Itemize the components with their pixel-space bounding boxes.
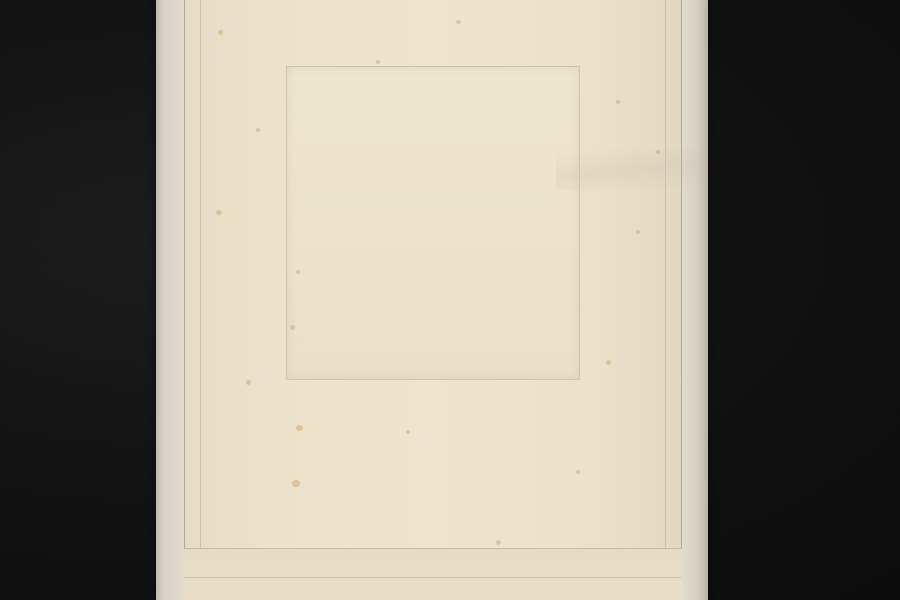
- mounting-line-right: [665, 0, 666, 548]
- foxing-spot: [656, 150, 660, 154]
- foxing-spot: [616, 100, 620, 104]
- foxing-spot: [296, 270, 300, 274]
- foxing-spot: [496, 540, 501, 545]
- foxing-spot: [376, 60, 380, 64]
- foxing-spot: [636, 230, 640, 234]
- paper-fold: [556, 150, 708, 190]
- scroll-right-border: [681, 0, 708, 600]
- foxing-spot: [296, 425, 303, 431]
- foxing-spot: [292, 480, 300, 487]
- center-panel: [286, 66, 580, 380]
- foxing-spot: [290, 325, 295, 330]
- foxing-spot: [606, 360, 611, 365]
- foxing-spot: [256, 128, 260, 132]
- foxing-spot: [456, 20, 461, 24]
- scroll-left-border: [156, 0, 185, 600]
- foxing-spot: [216, 210, 222, 215]
- foxing-spot: [576, 470, 580, 474]
- foxing-spot: [406, 430, 410, 434]
- foxing-spot: [218, 30, 223, 35]
- mounting-line-left: [200, 0, 201, 548]
- bottom-mounting-band: [184, 548, 682, 600]
- foxing-spot: [246, 380, 251, 385]
- bottom-seam: [184, 577, 682, 578]
- hanging-scroll: [156, 0, 708, 600]
